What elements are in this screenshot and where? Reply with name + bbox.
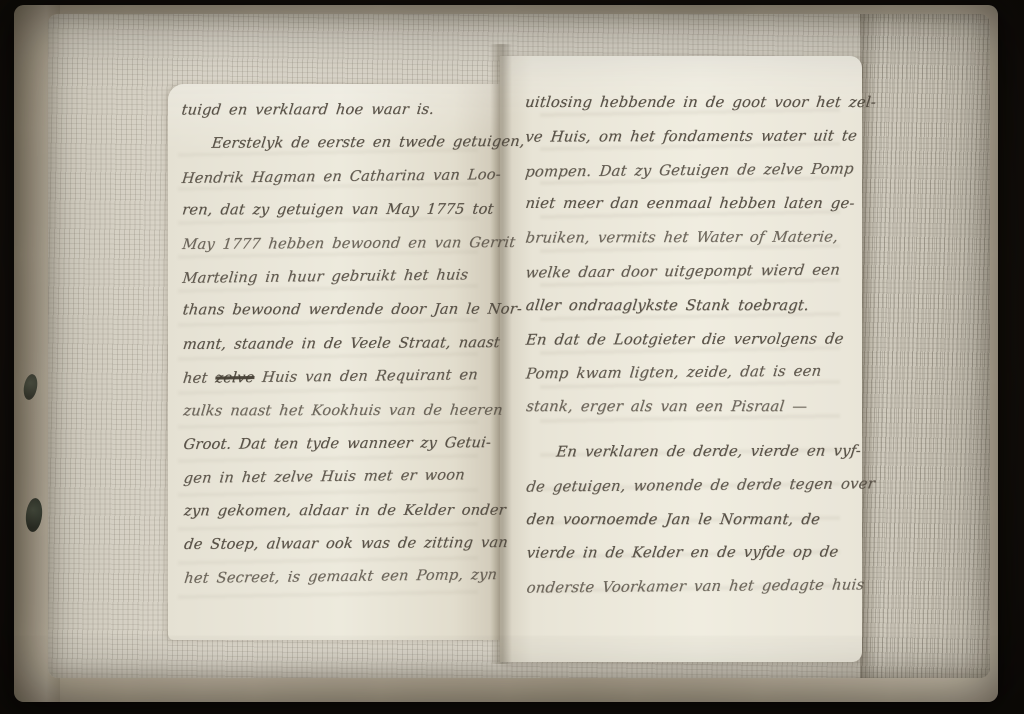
right-fore-edge	[860, 14, 990, 678]
manuscript-line: pompen. Dat zy Getuigen de zelve Pomp	[525, 161, 855, 196]
manuscript-line: ve Huis, om het fondaments water uit te	[525, 127, 855, 162]
manuscript-line: het Secreet, is gemaakt een Pomp, zyn	[184, 567, 500, 602]
manuscript-line: stank, erger als van een Pisraal —	[526, 398, 856, 433]
manuscript-line: zyn gekomen, aldaar in de Kelder onder	[184, 501, 500, 536]
manuscript-line: thans bewoond werdende door Jan le Nor-	[183, 300, 499, 335]
manuscript-line: tuigd en verklaard hoe waar is.	[181, 100, 497, 135]
manuscript-line: de getuigen, wonende de derde tegen over	[526, 476, 856, 511]
manuscript-line: May 1777 hebben bewoond en van Gerrit	[182, 234, 498, 269]
manuscript-line: En dat de Lootgieter die vervolgens de	[526, 330, 856, 365]
manuscript-line: het zelve Huis van den Requirant en	[183, 367, 499, 402]
manuscript-line: Marteling in huur gebruikt het huis	[182, 267, 498, 302]
manuscript-line: den voornoemde Jan le Normant, de	[527, 510, 857, 545]
manuscript-line: bruiken, vermits het Water of Materie,	[526, 229, 856, 264]
photo-of-open-manuscript-book: tuigd en verklaard hoe waar is.Eerstelyk…	[0, 0, 1024, 714]
manuscript-line: aller ondraaglykste Stank toebragt.	[526, 296, 856, 331]
struck-out-word: zelve	[214, 369, 255, 386]
manuscript-line: En verklaren de derde, vierde en vyf-	[526, 442, 856, 477]
manuscript-line: gen in het zelve Huis met er woon	[184, 467, 500, 502]
manuscript-line: ren, dat zy getuigen van May 1775 tot	[182, 200, 498, 235]
manuscript-line: uitlosing hebbende in de goot voor het z…	[525, 93, 855, 128]
manuscript-line: de Stoep, alwaar ook was de zitting van	[184, 534, 500, 569]
manuscript-line: Pomp kwam ligten, zeide, dat is een	[526, 364, 856, 399]
manuscript-line: welke daar door uitgepompt wierd een	[526, 262, 856, 297]
manuscript-line: Groot. Dat ten tyde wanneer zy Getui-	[184, 434, 500, 469]
manuscript-line: niet meer dan eenmaal hebben laten ge-	[525, 195, 855, 230]
manuscript-line: vierde in de Kelder en de vyfde op de	[527, 544, 857, 579]
manuscript-line: mant, staande in de Veele Straat, naast	[183, 334, 499, 369]
left-page-text: tuigd en verklaard hoe waar is.Eerstelyk…	[181, 100, 500, 603]
manuscript-line: Hendrik Hagman en Catharina van Loo-	[182, 167, 498, 202]
right-page-text: uitlosing hebbende in de goot voor het z…	[525, 93, 857, 612]
manuscript-line: onderste Voorkamer van het gedagte huis	[527, 578, 857, 613]
manuscript-line: zulks naast het Kookhuis van de heeren	[183, 401, 499, 436]
manuscript-line: Eerstelyk de eerste en twede getuigen,	[182, 133, 498, 168]
